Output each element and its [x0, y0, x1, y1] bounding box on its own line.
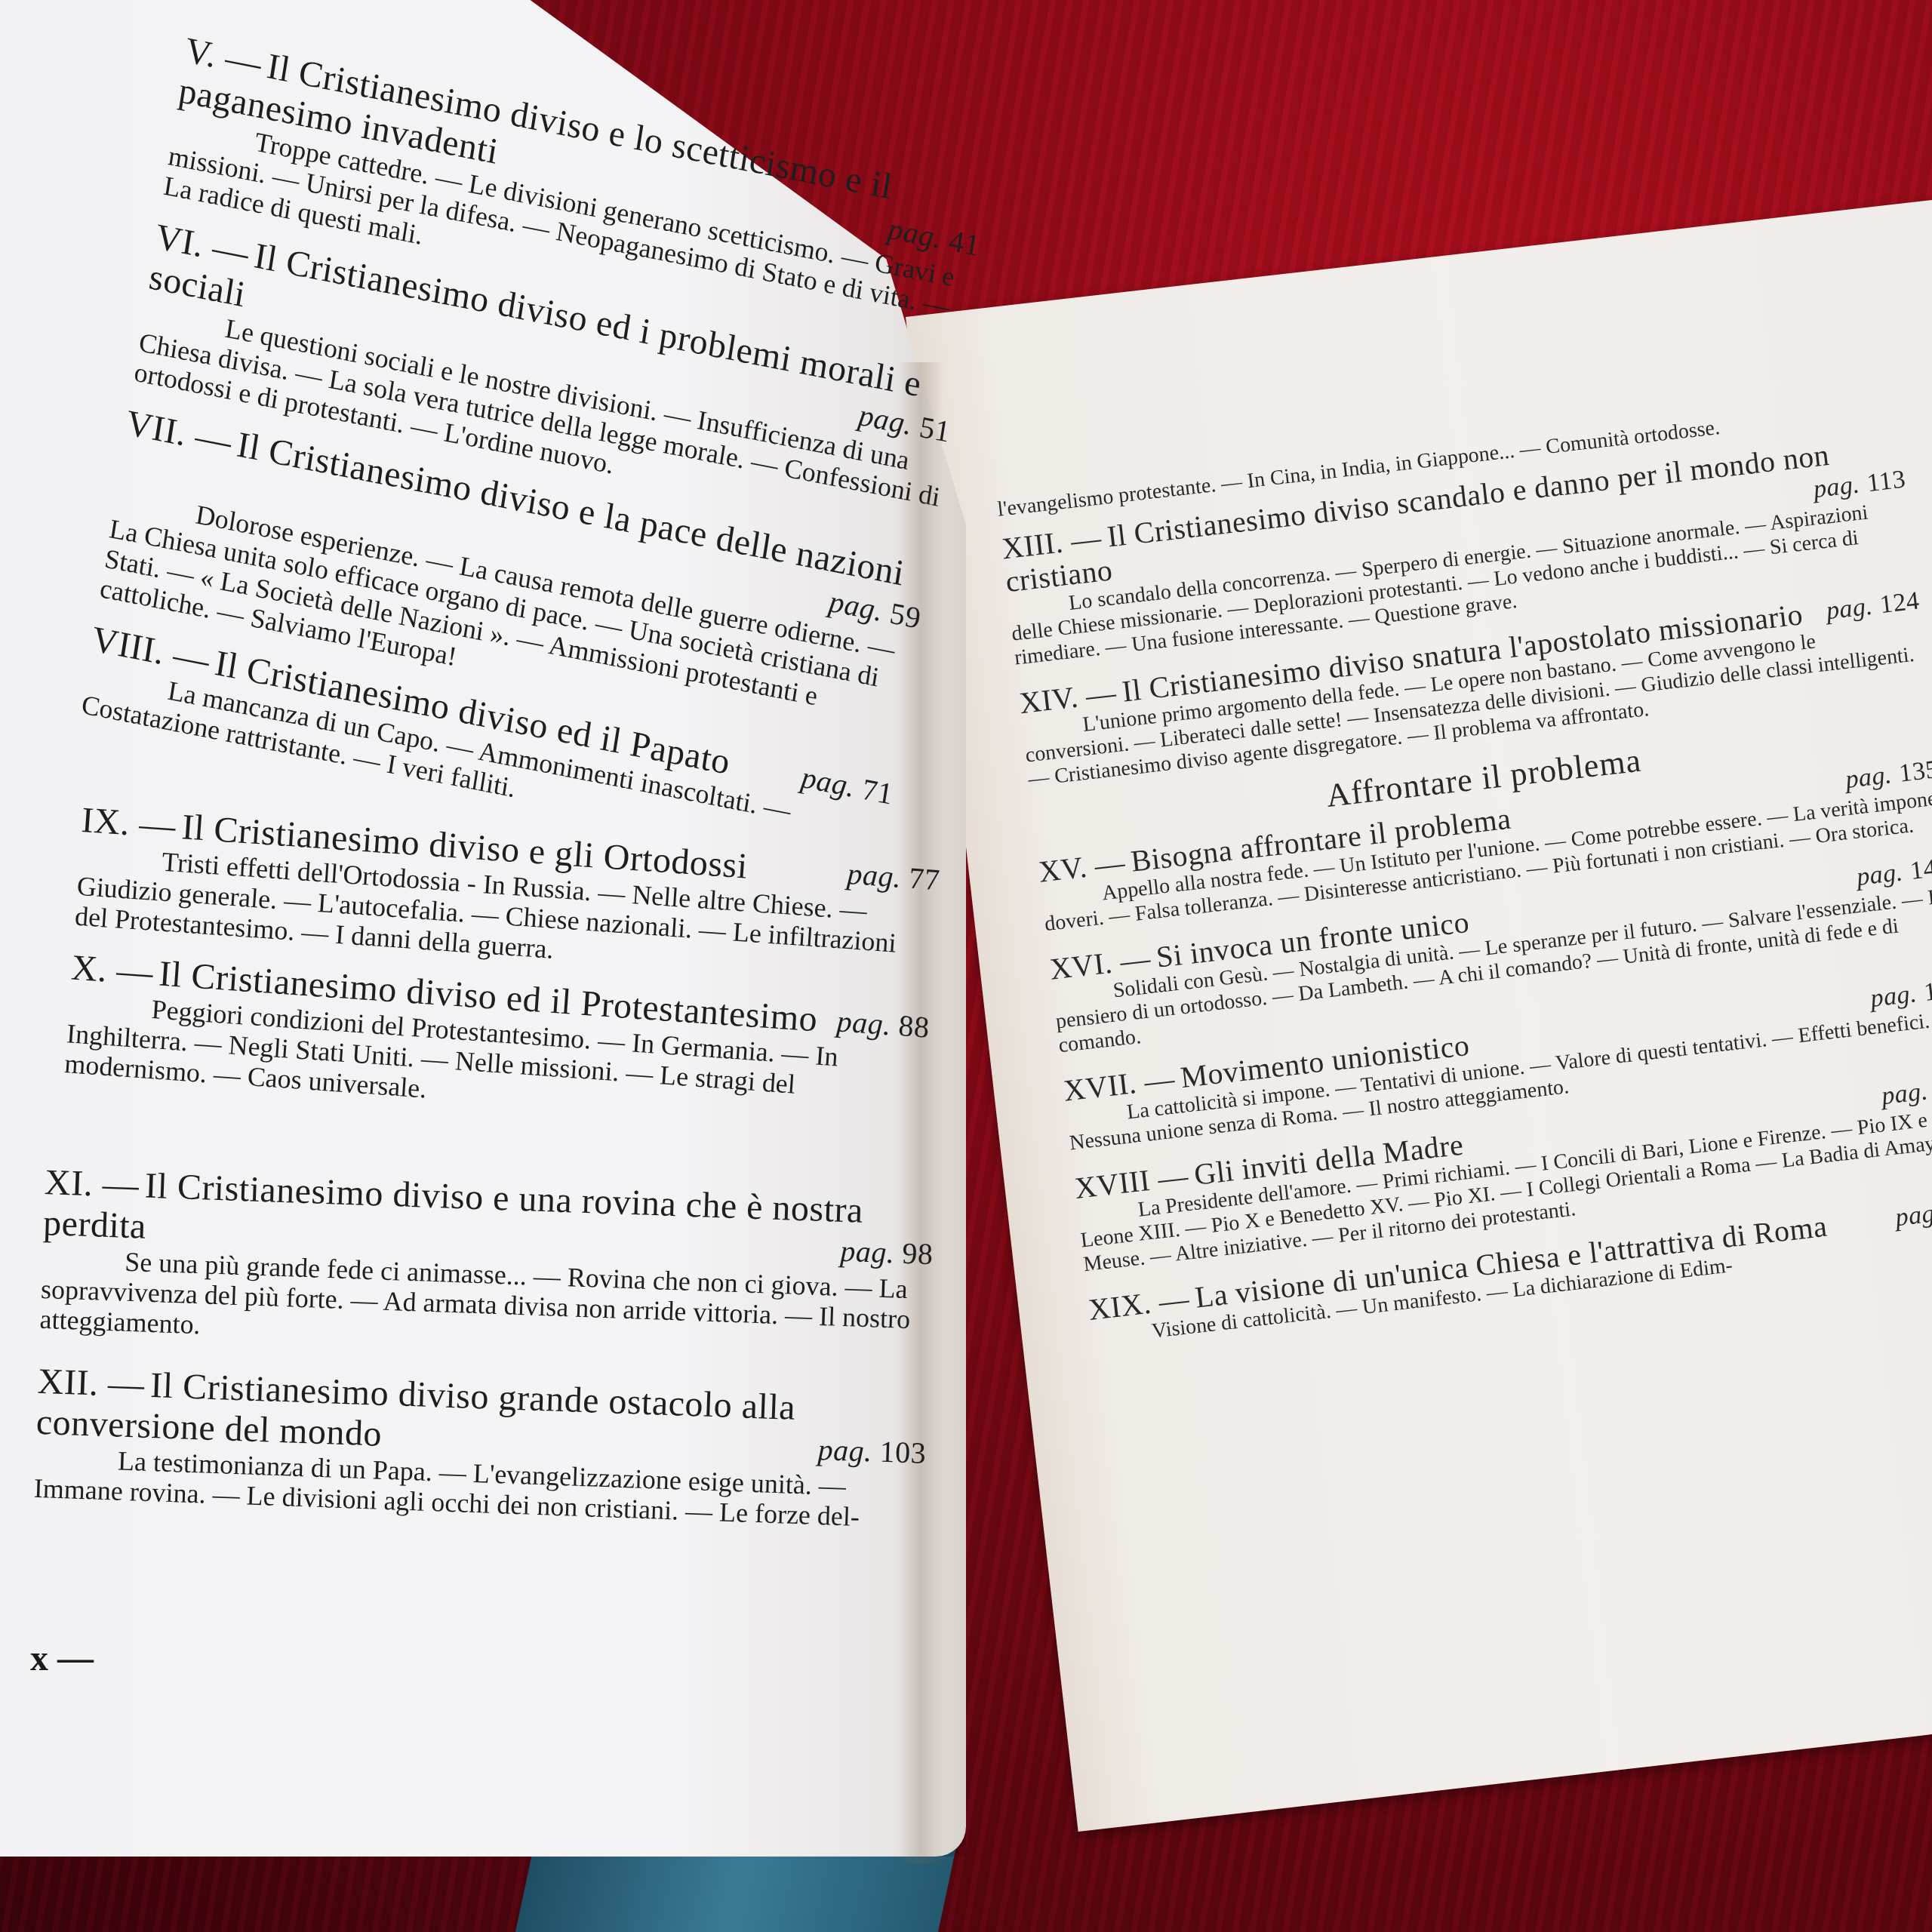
left-page-number: x — — [30, 1638, 94, 1679]
page-ref: pag.88 — [835, 1001, 931, 1048]
right-page-toc: l'evangelismo protestante. — In Cina, in… — [996, 395, 1932, 1416]
page-ref: pag.77 — [846, 854, 941, 900]
chapter-number: XII. — — [37, 1361, 145, 1405]
page-ref: pag.176 — [1894, 1191, 1932, 1235]
chapter-number: XI. — — [44, 1162, 140, 1205]
chapter-number: VII. — — [123, 403, 234, 463]
page-ref: pag.156 — [1869, 972, 1932, 1016]
left-page-toc: V. —Il Cristianesimo diviso e lo scettic… — [77, 30, 989, 891]
toc-entry: XI. —Il Cristianesimo diviso e una rovin… — [39, 1162, 935, 1365]
page-ref: pag.98 — [840, 1231, 934, 1275]
page-ref: pag.103 — [817, 1429, 927, 1474]
left-page-toc-lower: IX. —Il Cristianesimo diviso e gli Ortod… — [63, 800, 942, 1155]
chapter-number: IX. — — [80, 800, 177, 847]
left-page-toc-bottom: XI. —Il Cristianesimo diviso e una rovin… — [32, 1162, 935, 1551]
page-ref: pag.165 — [1880, 1069, 1932, 1113]
toc-entry: XII. —Il Cristianesimo diviso grande ost… — [33, 1361, 928, 1534]
chapter-number: X. — — [70, 948, 155, 993]
chapter-title: Il Cristianesimo diviso grande ostacolo … — [35, 1365, 796, 1454]
